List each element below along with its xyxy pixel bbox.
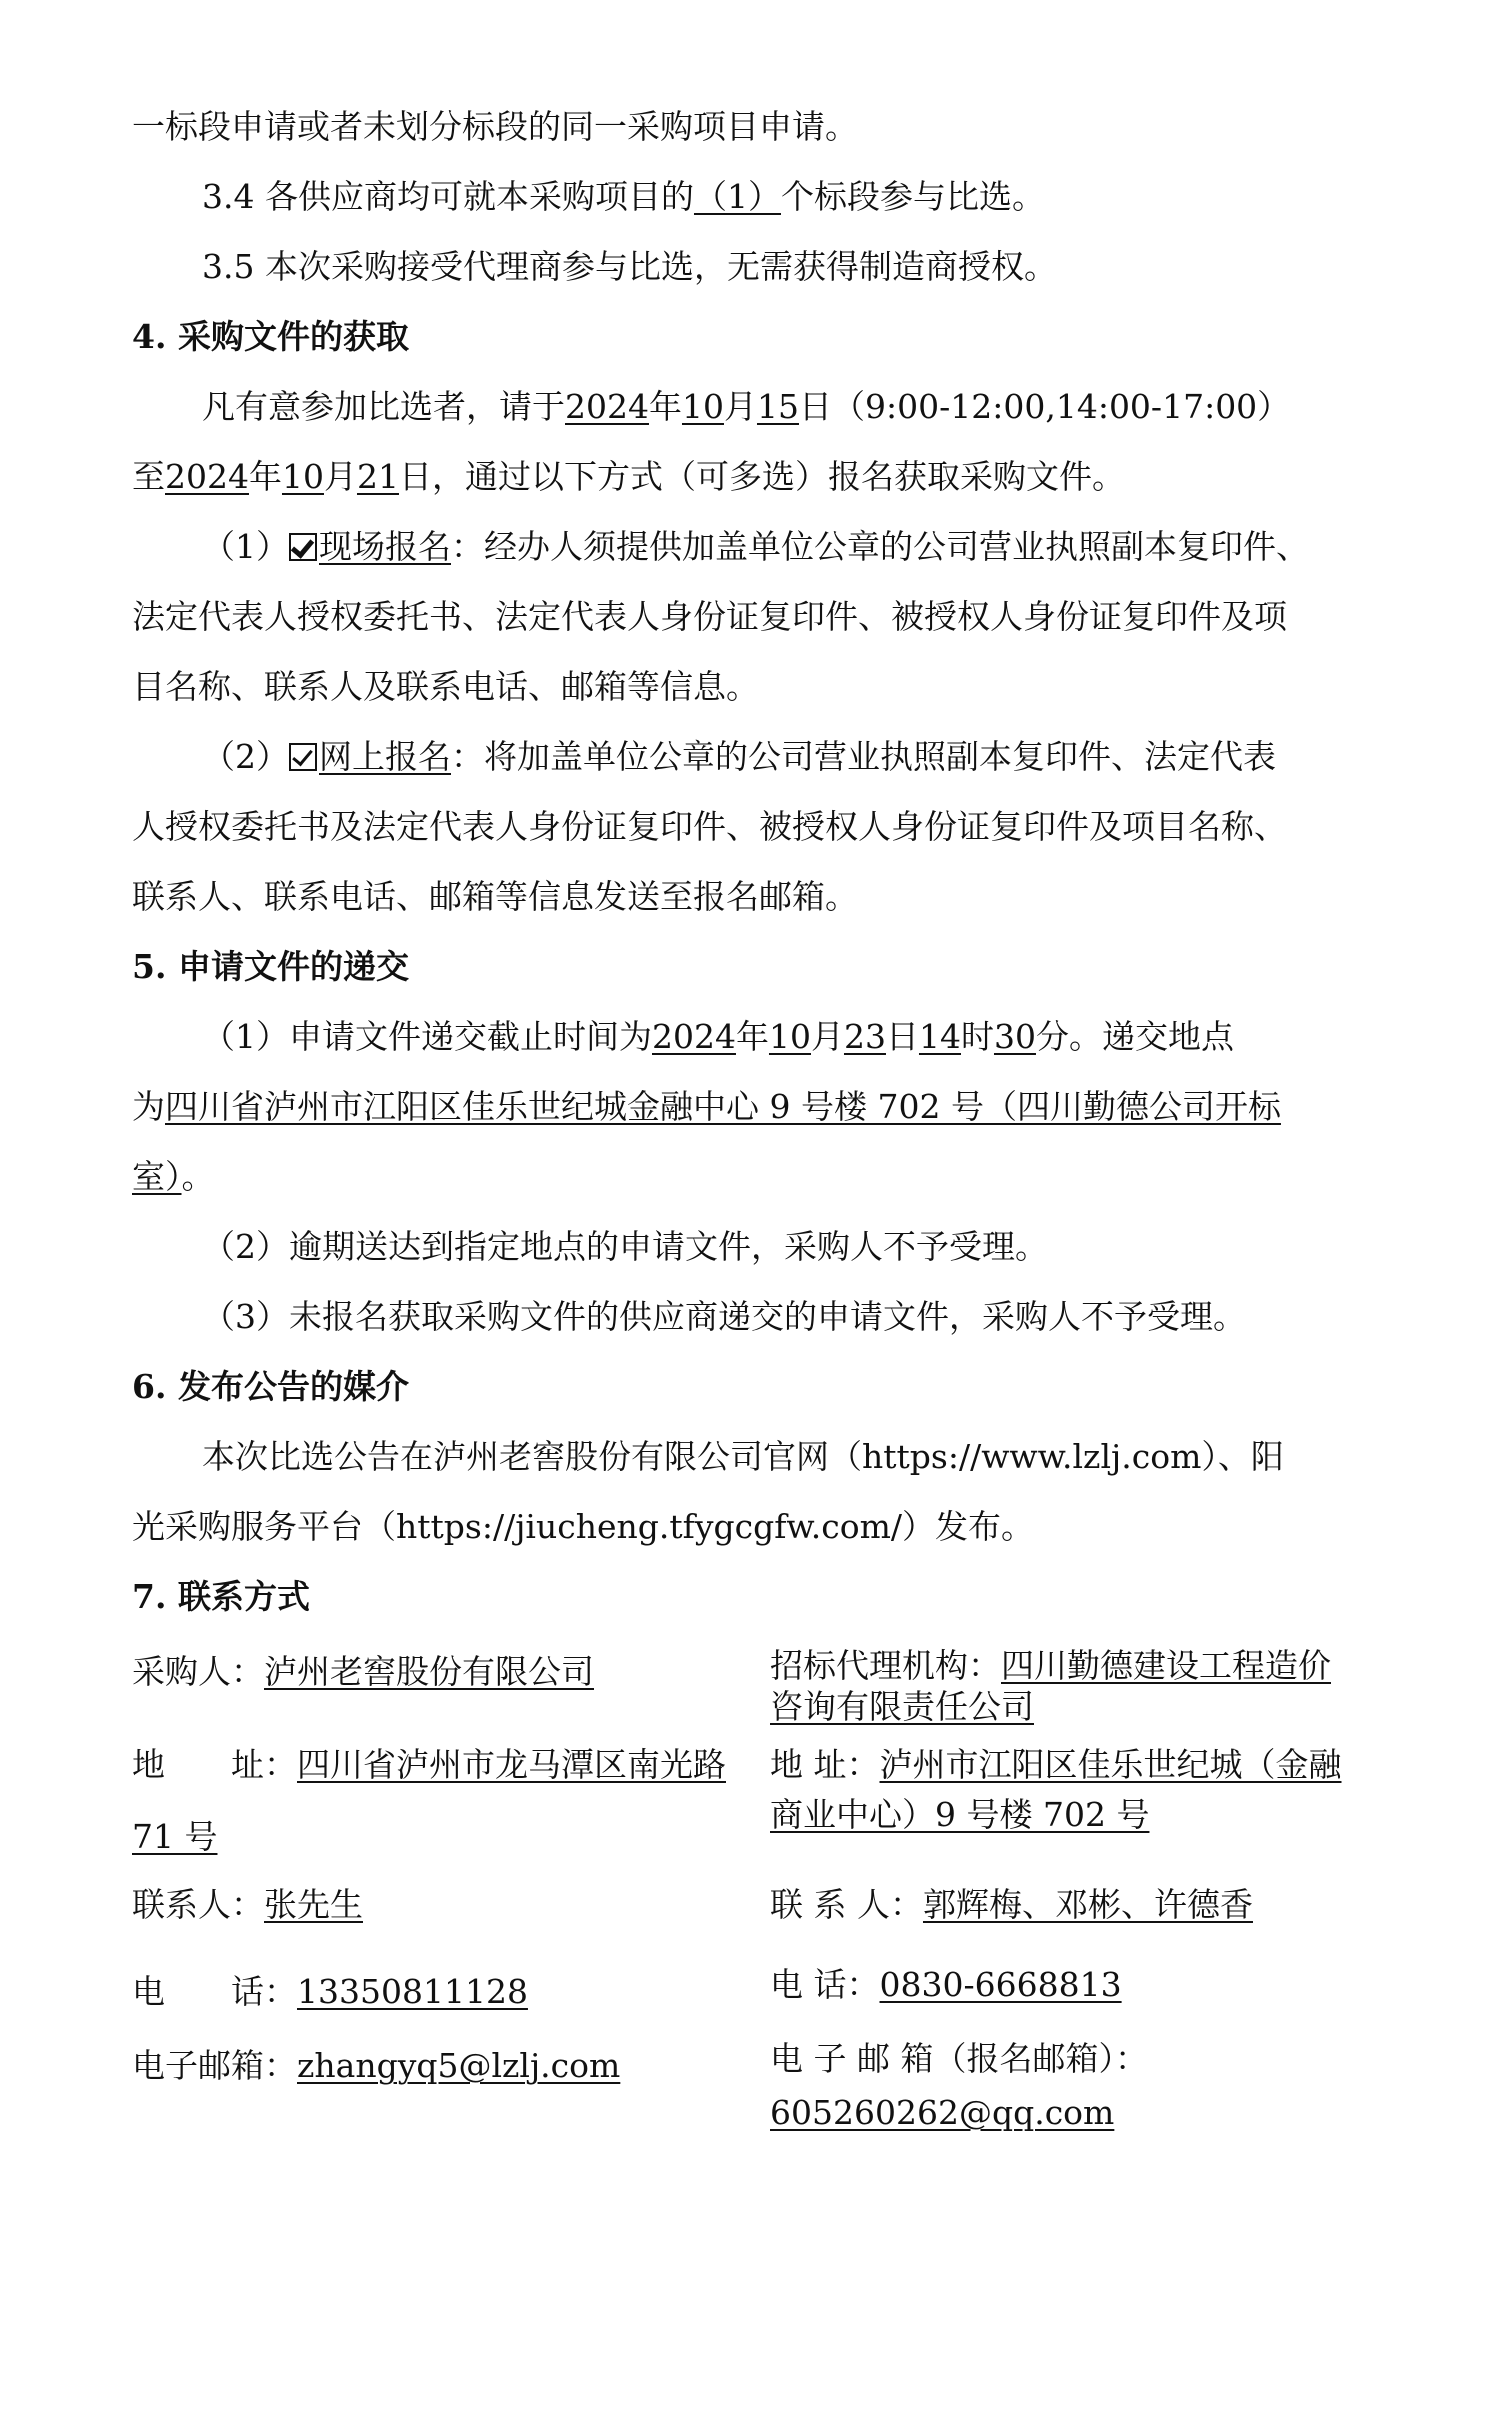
end-year: 2024 <box>165 457 249 496</box>
purchaser-address-row: 地 址：四川省泸州市龙马潭区南光路 <box>132 1743 732 1787</box>
media-text: 光采购服务平台（https://jiucheng.tfygcgfw.com/）发… <box>132 1507 1034 1546</box>
purchaser-contact: 张先生 <box>264 1885 441 1924</box>
field-label: 联 系 人： <box>770 1885 923 1924</box>
to-text: 至 <box>132 457 165 496</box>
purchaser-phone-row: 电 话：13350811128 <box>132 1970 732 2014</box>
intro-text: 凡有意参加比选者，请于 <box>202 387 565 426</box>
agency-address-cont: 商业中心）9 号楼 702 号 <box>770 1795 1149 1834</box>
option-text: 法定代表人授权委托书、法定代表人身份证复印件、被授权人身份证复印件及项 <box>132 597 1287 636</box>
section-6-title: 6. 发布公告的媒介 <box>132 1367 409 1406</box>
agency-address: 泸州市江阳区佳乐世纪城（金融 <box>880 1745 1342 1784</box>
section-4-intro-line1: 凡有意参加比选者，请于2024年10月15日（9:00-12:00,14:00-… <box>202 385 1350 429</box>
option-label: 网上报名 <box>319 737 451 776</box>
agency-name: 四川勤德建设工程造价 <box>1001 1646 1331 1685</box>
office-hours: 日（9:00-12:00,14:00-17:00） <box>799 387 1290 426</box>
continuation-line: 一标段申请或者未划分标段的同一采购项目申请。 <box>132 105 1350 149</box>
deadline-day: 23 <box>844 1017 886 1056</box>
section-6-heading: 6. 发布公告的媒介 <box>132 1365 1350 1409</box>
intro-tail: 日，通过以下方式（可多选）报名获取采购文件。 <box>399 457 1125 496</box>
option-2-line3: 联系人、联系电话、邮箱等信息发送至报名邮箱。 <box>132 875 1350 919</box>
agency-name-row2: 咨询有限责任公司 <box>770 1685 1380 1729</box>
lot-count-value: （1） <box>694 177 781 216</box>
onsite-registration-label: 现场报名 <box>289 527 451 566</box>
period: 。 <box>182 1157 215 1196</box>
clause-3-4-prefix: 3.4 各供应商均可就本采购项目的 <box>202 177 694 216</box>
purchaser-name-row: 采购人：泸州老窖股份有限公司 <box>132 1650 732 1694</box>
agency-email-label-row: 电 子 邮 箱（报名邮箱）： <box>770 2037 1380 2081</box>
contact-name: 张先生 <box>264 1885 363 1924</box>
clause-3-5: 3.5 本次采购接受代理商参与比选，无需获得制造商授权。 <box>202 245 1350 289</box>
clause-3-4: 3.4 各供应商均可就本采购项目的（1）个标段参与比选。 <box>202 175 1350 219</box>
option-text: 目名称、联系人及联系电话、邮箱等信息。 <box>132 667 759 706</box>
agency-phone-row: 电 话：0830-6668813 <box>770 1963 1380 2007</box>
media-line2: 光采购服务平台（https://jiucheng.tfygcgfw.com/）发… <box>132 1505 1350 1549</box>
month-unit: 月 <box>811 1017 844 1056</box>
year-unit: 年 <box>736 1017 769 1056</box>
start-day: 15 <box>757 387 799 426</box>
submission-address: 四川省泸州市江阳区佳乐世纪城金融中心 9 号楼 702 号（四川勤德公司开标 <box>165 1087 1281 1126</box>
deadline-tail: 分。递交地点 <box>1036 1017 1234 1056</box>
field-label: 电 子 邮 箱（报名邮箱）： <box>770 2039 1148 2078</box>
agency-contacts: 郭辉梅、邓彬、许德香 <box>923 1885 1253 1924</box>
submission-address-line2: 室）。 <box>132 1155 1350 1199</box>
start-month: 10 <box>682 387 724 426</box>
deadline-hour: 14 <box>919 1017 961 1056</box>
document-page: 一标段申请或者未划分标段的同一采购项目申请。 3.4 各供应商均可就本采购项目的… <box>0 0 1500 2427</box>
year-unit: 年 <box>649 387 682 426</box>
purchaser-email-row: 电子邮箱：zhangyq5@lzlj.com <box>132 2044 732 2088</box>
option-2-line2: 人授权委托书及法定代表人身份证复印件、被授权人身份证复印件及项目名称、 <box>132 805 1350 849</box>
start-year: 2024 <box>565 387 649 426</box>
submission-deadline: （1）申请文件递交截止时间为2024年10月23日14时30分。递交地点 <box>202 1015 1350 1059</box>
section-4-title: 4. 采购文件的获取 <box>132 317 409 356</box>
section-5-heading: 5. 申请文件的递交 <box>132 945 1350 989</box>
online-registration-label: 网上报名 <box>289 737 451 776</box>
submission-address-cont: 室） <box>132 1157 182 1196</box>
hour-unit: 时 <box>961 1017 994 1056</box>
option-text: 人授权委托书及法定代表人身份证复印件、被授权人身份证复印件及项目名称、 <box>132 807 1287 846</box>
media-text: 本次比选公告在泸州老窖股份有限公司官网（https://www.lzlj.com… <box>202 1437 1284 1476</box>
field-label: 地 址： <box>770 1745 880 1784</box>
purchaser-name: 泸州老窖股份有限公司 <box>264 1652 594 1691</box>
unregistered-submission-note: （3）未报名获取采购文件的供应商递交的申请文件，采购人不予受理。 <box>202 1295 1350 1339</box>
option-1-line2: 法定代表人授权委托书、法定代表人身份证复印件、被授权人身份证复印件及项 <box>132 595 1350 639</box>
year-unit: 年 <box>249 457 282 496</box>
agency-address-row2: 商业中心）9 号楼 702 号 <box>770 1793 1380 1837</box>
deadline-year: 2024 <box>652 1017 736 1056</box>
option-text: 联系人、联系电话、邮箱等信息发送至报名邮箱。 <box>132 877 858 916</box>
note-text: （3）未报名获取采购文件的供应商递交的申请文件，采购人不予受理。 <box>202 1297 1246 1336</box>
option-text: ：将加盖单位公章的公司营业执照副本复印件、法定代表 <box>451 737 1276 776</box>
option-onsite-registration: （1）现场报名：经办人须提供加盖单位公章的公司营业执照副本复印件、 <box>202 525 1350 569</box>
section-7-heading: 7. 联系方式 <box>132 1575 1350 1619</box>
option-label: 现场报名 <box>319 527 451 566</box>
section-4-intro-line2: 至2024年10月21日，通过以下方式（可多选）报名获取采购文件。 <box>132 455 1350 499</box>
purchaser-phone: 13350811128 <box>297 1972 528 2011</box>
agency-phone: 0830-6668813 <box>880 1965 1122 2004</box>
clause-3-5-text: 3.5 本次采购接受代理商参与比选，无需获得制造商授权。 <box>202 247 1057 286</box>
address-prefix: 为 <box>132 1087 165 1126</box>
purchaser-address-row2: 71 号 <box>132 1815 732 1859</box>
field-label: 电 话： <box>770 1965 880 2004</box>
agency-name-row: 招标代理机构：四川勤德建设工程造价 <box>770 1644 1380 1688</box>
purchaser-address: 四川省泸州市龙马潭区南光路 <box>297 1745 726 1784</box>
end-day: 21 <box>357 457 399 496</box>
field-label: 联系人： <box>132 1885 264 1924</box>
media-line1: 本次比选公告在泸州老窖股份有限公司官网（https://www.lzlj.com… <box>202 1435 1350 1479</box>
month-unit: 月 <box>324 457 357 496</box>
deadline-minute: 30 <box>994 1017 1036 1056</box>
field-label: 采购人： <box>132 1652 264 1691</box>
field-label: 招标代理机构： <box>770 1646 1001 1685</box>
agency-email-row: 605260262@qq.com <box>770 2091 1380 2135</box>
field-label: 电 话： <box>132 1972 297 2011</box>
section-4-heading: 4. 采购文件的获取 <box>132 315 1350 359</box>
email-text: zhangyq5@lzlj.com <box>297 2046 620 2085</box>
field-label: 电子邮箱： <box>132 2046 297 2085</box>
option-1-line3: 目名称、联系人及联系电话、邮箱等信息。 <box>132 665 1350 709</box>
late-submission-note: （2）逾期送达到指定地点的申请文件，采购人不予受理。 <box>202 1225 1350 1269</box>
section-5-title: 5. 申请文件的递交 <box>132 947 409 986</box>
field-label: 地 址： <box>132 1745 297 1784</box>
option-number: （2） <box>202 737 289 776</box>
section-7-title: 7. 联系方式 <box>132 1577 310 1616</box>
end-month: 10 <box>282 457 324 496</box>
agency-contact-row: 联 系 人：郭辉梅、邓彬、许德香 <box>770 1883 1380 1927</box>
month-unit: 月 <box>724 387 757 426</box>
agency-email: 605260262@qq.com <box>770 2093 1114 2132</box>
purchaser-address-cont: 71 号 <box>132 1817 217 1856</box>
purchaser-email: zhangyq5@lzlj.com <box>297 2046 720 2085</box>
agency-name-cont: 咨询有限责任公司 <box>770 1687 1034 1726</box>
day-unit: 日 <box>886 1017 919 1056</box>
clause-3-4-suffix: 个标段参与比选。 <box>781 177 1045 216</box>
deadline-text: （1）申请文件递交截止时间为 <box>202 1017 652 1056</box>
option-online-registration: （2）网上报名：将加盖单位公章的公司营业执照副本复印件、法定代表 <box>202 735 1350 779</box>
checkbox-checked-icon <box>289 743 317 771</box>
note-text: （2）逾期送达到指定地点的申请文件，采购人不予受理。 <box>202 1227 1048 1266</box>
checkbox-checked-icon <box>289 533 317 561</box>
option-text: ：经办人须提供加盖单位公章的公司营业执照副本复印件、 <box>451 527 1309 566</box>
deadline-month: 10 <box>769 1017 811 1056</box>
submission-address-line1: 为四川省泸州市江阳区佳乐世纪城金融中心 9 号楼 702 号（四川勤德公司开标 <box>132 1085 1350 1129</box>
agency-address-row: 地 址：泸州市江阳区佳乐世纪城（金融 <box>770 1743 1380 1787</box>
option-number: （1） <box>202 527 289 566</box>
continuation-text: 一标段申请或者未划分标段的同一采购项目申请。 <box>132 107 858 146</box>
purchaser-contact-row: 联系人：张先生 <box>132 1883 732 1927</box>
